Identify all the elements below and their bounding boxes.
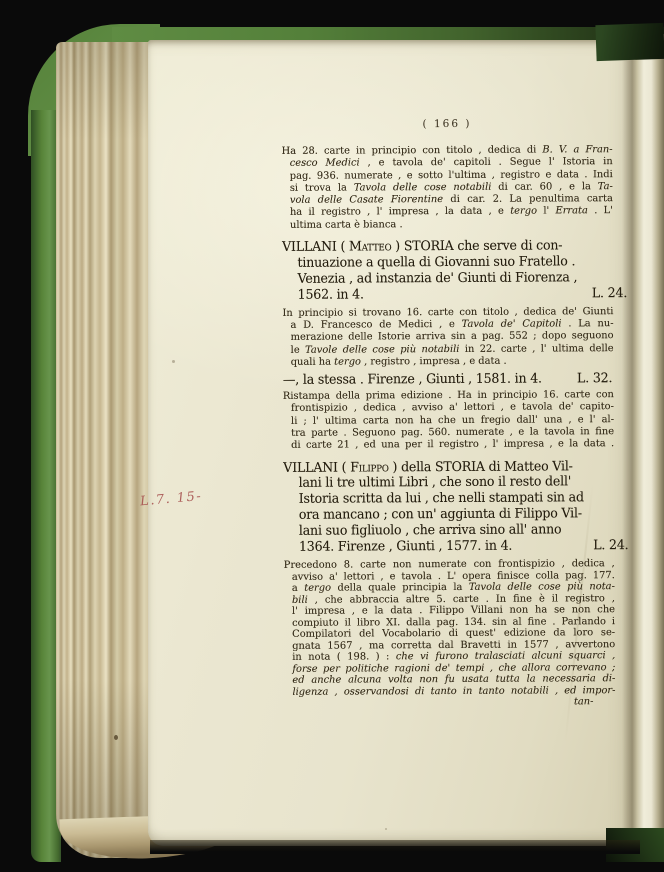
text-segment: bili: [292, 594, 308, 605]
text-segment: a: [292, 583, 304, 594]
book-cover-top-right-corner: [595, 23, 664, 61]
text-segment: Istoria scritta da lui , che nelli stamp…: [299, 491, 584, 507]
text-segment: Tavola delle cose notabili: [354, 182, 492, 194]
text-line: lani suo figliuolo , che arriva sino all…: [284, 522, 629, 540]
text-segment: Ristampa della prima edizione . Ha in pr…: [283, 389, 614, 402]
page-number: ( 166 ): [281, 117, 612, 131]
line-text: —, la stessa . Firenze , Giunti , 1581. …: [283, 372, 542, 389]
text-segment: Ta-: [598, 181, 613, 192]
text-segment: di carte 21 , ed una per il registro , l…: [291, 438, 614, 451]
note-paragraph: In principio si trovano 16. carte con ti…: [282, 306, 613, 369]
book-photo: ( 166 ) Ha 28. carte in principio con ti…: [0, 0, 664, 872]
foxing-spot: [114, 735, 118, 740]
page-gutter-fold: [622, 34, 664, 836]
text-segment: B. V. a Fran-: [542, 144, 612, 155]
text-segment: Matteo: [349, 239, 392, 254]
text-segment: lani suo figliuolo , che arriva sino all…: [299, 523, 562, 539]
line-text: 1562. in 4.: [298, 287, 364, 303]
text-line: di carte 21 , ed una per il registro , l…: [283, 438, 614, 452]
text-segment: Tavola delle cose più nota-: [469, 581, 615, 593]
text-line: quali ha tergo , registro , impresa , e …: [283, 355, 614, 369]
text-line: Venezia , ad instanzia de' Giunti di Fio…: [282, 270, 627, 288]
text-line: ha il registro , l' impresa , la data , …: [282, 206, 613, 220]
text-line: Istoria scritta da lui , che nelli stamp…: [283, 490, 628, 508]
text-segment: ) della STORIA di Matteo Vil-: [389, 459, 573, 475]
text-segment: Tavola de' Capitoli: [462, 318, 562, 330]
text-segment: Filippo: [350, 460, 389, 475]
text-segment: merazione delle Istorie arriva sin a pag…: [291, 330, 614, 343]
text-segment: Tavole delle cose più notabili: [305, 344, 459, 356]
text-segment: 1562. in 4.: [298, 287, 364, 302]
entry-heading: —, la stessa . Firenze , Giunti , 1581. …: [283, 371, 614, 389]
text-segment: tra parte . Seguono pag. 560. numerate ,…: [291, 426, 614, 439]
text-column: ( 166 ) Ha 28. carte in principio con ti…: [281, 117, 615, 713]
text-segment: pag. 936. numerate , e sotto l'ultima , …: [290, 169, 613, 182]
text-segment: VILLANI (: [283, 460, 350, 475]
text-segment: di car. 60 , e la: [491, 181, 597, 193]
foxing-spot: [172, 360, 175, 363]
text-segment: lani li tre ultimi Libri , che sono il r…: [299, 475, 572, 491]
text-segment: Errata: [555, 206, 587, 217]
text-segment: tan-: [574, 696, 594, 707]
text-segment: l': [537, 206, 556, 217]
text-segment: quali ha: [291, 356, 334, 367]
text-segment: , che abbraccia altre 5. carte . In fine…: [308, 593, 615, 606]
page-bottom-shadow: [150, 840, 640, 854]
text-segment: in nota ( 198. ) :: [292, 651, 396, 663]
price-label: L. 24.: [593, 538, 628, 554]
text-segment: in 22. carte , l' ultima delle: [459, 343, 613, 355]
text-segment: tinuazione a quella di Giovanni suo Frat…: [297, 254, 575, 270]
text-segment: ora mancano ; con un' aggiunta di Filipp…: [299, 507, 582, 523]
page-fore-edges: [56, 42, 152, 858]
text-line: le Tavole delle cose più notabili in 22.…: [283, 343, 614, 357]
text-segment: a D. Francesco de Medici , e: [290, 319, 461, 331]
text-segment: ligenza , osservandosi di tanto in tanto…: [292, 685, 615, 698]
text-segment: cesco Medici: [290, 158, 360, 169]
text-segment: tergo: [334, 356, 361, 367]
text-segment: —, la stessa . Firenze , Giunti , 1581. …: [283, 372, 542, 388]
text-line: VILLANI ( Filippo ) della STORIA di Matt…: [283, 459, 613, 477]
price-label: L. 32.: [577, 371, 612, 387]
text-line: ora mancano ; con un' aggiunta di Filipp…: [283, 506, 628, 524]
text-line: 1562. in 4.L. 24.: [282, 286, 627, 304]
text-segment: ultima carta è bianca .: [290, 219, 403, 231]
text-segment: di car. 2. La penultima carta: [443, 193, 613, 205]
text-segment: tergo: [304, 583, 331, 594]
text-line: lani li tre ultimi Libri , che sono il r…: [283, 475, 628, 493]
line-text: 1364. Firenze , Giunti , 1577. in 4.: [299, 539, 512, 556]
text-segment: . L': [588, 206, 613, 217]
note-paragraph: Precedono 8. carte non numerate con fron…: [284, 558, 616, 709]
text-segment: si trova la: [290, 182, 354, 193]
text-segment: 1364. Firenze , Giunti , 1577. in 4.: [299, 539, 512, 555]
text-segment: In principio si trovano 16. carte con ti…: [282, 306, 613, 319]
text-line: 1364. Firenze , Giunti , 1577. in 4.L. 2…: [284, 538, 629, 556]
text-segment: Ha 28. carte in principio con titolo , d…: [282, 145, 543, 157]
text-segment: le: [291, 344, 305, 355]
foxing-spot: [385, 828, 387, 830]
text-segment: che vi furono tralasciati alcuni squarci…: [396, 650, 615, 662]
text-segment: Venezia , ad instanzia de' Giunti di Fio…: [298, 270, 578, 286]
text-segment: ha il registro , l' impresa , la data , …: [290, 206, 510, 218]
text-segment: della quale principia la: [331, 582, 469, 594]
text-segment: . La nu-: [561, 318, 613, 329]
text-line: —, la stessa . Firenze , Giunti , 1581. …: [283, 371, 613, 389]
text-segment: vola delle Casate Fiorentine: [290, 194, 443, 206]
entry-heading: VILLANI ( Matteo ) STORIA che serve di c…: [282, 238, 613, 303]
text-segment: , registro , impresa , e data .: [361, 356, 507, 368]
text-line: ligenza , osservandosi di tanto in tanto…: [284, 685, 615, 698]
text-line: ultima carta è bianca .: [282, 218, 613, 232]
entry-heading: VILLANI ( Filippo ) della STORIA di Matt…: [283, 459, 614, 556]
text-segment: , e tavola de' capitoli . Segue l' Istor…: [360, 156, 613, 168]
text-segment: ) STORIA che serve di con-: [391, 238, 562, 254]
text-segment: frontispizio , dedica , avviso a' lettor…: [291, 402, 614, 415]
text-line: VILLANI ( Matteo ) STORIA che serve di c…: [282, 238, 612, 256]
text-segment: VILLANI (: [282, 240, 349, 255]
text-line: tinuazione a quella di Giovanni suo Frat…: [282, 254, 627, 272]
text-segment: li ; l' ultima carta non ha che un fregi…: [291, 414, 614, 427]
note-paragraph: Ha 28. carte in principio con titolo , d…: [282, 144, 613, 232]
note-paragraph: Ristampa della prima edizione . Ha in pr…: [283, 389, 614, 452]
catchword: tan-: [284, 696, 615, 709]
text-segment: tergo: [510, 206, 537, 217]
price-label: L. 24.: [592, 286, 627, 302]
